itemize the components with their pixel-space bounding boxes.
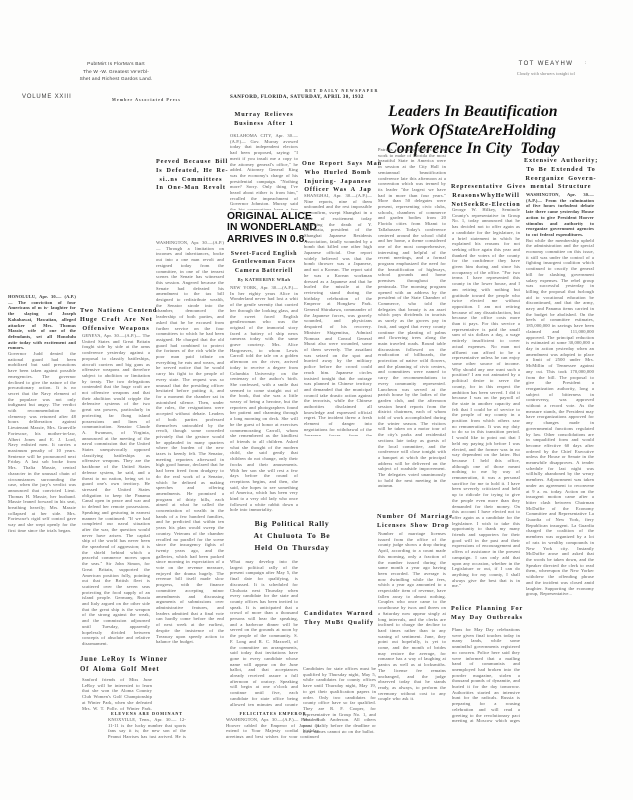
story-honolulu: HONOLULU, Apr. 30.— (A.P.)— The convicti… bbox=[8, 294, 76, 562]
weather-box-note: Cloudy with showers tonight tol bbox=[492, 72, 600, 76]
story-elevens-headline: ELEVENS ARE DOMINANT bbox=[110, 711, 184, 716]
story-extensive: WASHINGTON, Apr. 30.—(A.P.)— From the cu… bbox=[526, 192, 594, 722]
story-two-nations-body: GENEVA, Apr. 30.—(A.P.)— The United Stat… bbox=[82, 333, 150, 653]
issue-dateline: SANFORD, FLORIDA, SATURDAY, APRIL 30, 19… bbox=[230, 95, 420, 100]
newspaper-front-page: PubIMirt Is FlorMa's Bart The W -W. Grea… bbox=[0, 0, 633, 800]
banner-motto: BET DAILY NEWSPAPER bbox=[283, 88, 401, 93]
story-leroy-body: Sanford friends of Miss June LeRoy will … bbox=[82, 677, 152, 710]
story-representative-body: George W. Hilkey, Seminole County's repr… bbox=[452, 207, 520, 600]
story-honolulu-lead: HONOLULU, Apr. 30.— (A.P.)— The convicti… bbox=[8, 294, 76, 351]
weather-box-title: TOT WEAYHW bbox=[500, 61, 592, 67]
story-conference-body: Patriots continuing leaders in the work … bbox=[378, 147, 446, 510]
story-marriage-headline: Number Of Marriage Licenses Show Drop bbox=[377, 513, 447, 531]
story-extensive-headline: Extensive Authority; To Be Extended To R… bbox=[524, 157, 598, 192]
story-alice-body: NEW YORK, Apr. 30.—(A.P.)— In her eighty… bbox=[230, 285, 298, 517]
story-rally-headline: Big Political Rally At Chuluota To Be He… bbox=[246, 518, 338, 555]
story-alice-byline: By KATHERINE WRah bbox=[229, 277, 299, 282]
story-extensive-lead: WASHINGTON, Apr. 30.—(A.P.)— From the cu… bbox=[526, 192, 594, 238]
masthead-ear-slogan: PubIMirt Is FlorMa's Bart The W -W. Grea… bbox=[54, 61, 178, 84]
story-peeved-headline: Peeved Because Bill Is Defeated, He Re- … bbox=[156, 158, 226, 193]
story-murray-body: OKLAHOMA CITY, Apr. 30.—(A.P.)— Gov. Mur… bbox=[230, 133, 298, 210]
member-associated-press: Member Associated Press bbox=[112, 97, 192, 102]
story-two-nations-headline: Two Nations Contend Huge Craft Are Not O… bbox=[80, 307, 152, 333]
story-extensive-body: But while the membership upheld the admi… bbox=[526, 238, 594, 597]
story-candidates-headline: Candidates Warned They MuBt Qualify bbox=[304, 610, 372, 628]
story-alice-display-headline: ORIGINAL ALICE IN WONDERLAND ARRIVES IN … bbox=[227, 211, 303, 245]
story-police-headline: Police Planning For May Day Outbreaks bbox=[451, 605, 521, 623]
volume-label: VOLUME XXIII bbox=[22, 94, 112, 100]
story-alice-subhead: Sweet-Faced English Gentlewoman Faces Ca… bbox=[229, 250, 299, 275]
story-rally-body: What may develop into the largest politi… bbox=[230, 559, 298, 706]
story-marriage-body: Number of marriage licenses issued from … bbox=[378, 531, 446, 721]
story-leroy-headline: June LeRoy Is Winner Of Aloma Golf Meet bbox=[80, 655, 156, 674]
story-elevens-body: KNOXVILLE, Tenn., Apr. 30.— 12-11-11 is … bbox=[108, 717, 186, 738]
story-peeved-body: WASHINGTON, Apr. 30.—(A.P.)— Through a l… bbox=[156, 240, 224, 658]
story-honolulu-body: Governor Judd denied the national guard … bbox=[8, 351, 76, 534]
edge-mark: : bbox=[585, 61, 586, 66]
story-murray-headline: Murray Relieves Business After 1 bbox=[230, 111, 298, 129]
story-one-report-body: SHANGHAI, Apr. 30.—(A.P.)— Nine reports,… bbox=[304, 193, 372, 436]
story-candidates-body: Candidates for state offices must be qua… bbox=[303, 666, 376, 733]
story-one-report-headline: One Report Says Man Who Hurled Bomb Inju… bbox=[302, 160, 374, 195]
story-representative-headline: Representative Gives ReasonsWhyHeWill No… bbox=[451, 183, 521, 209]
story-police-body: Plans for May Day celebrations were give… bbox=[452, 627, 520, 723]
